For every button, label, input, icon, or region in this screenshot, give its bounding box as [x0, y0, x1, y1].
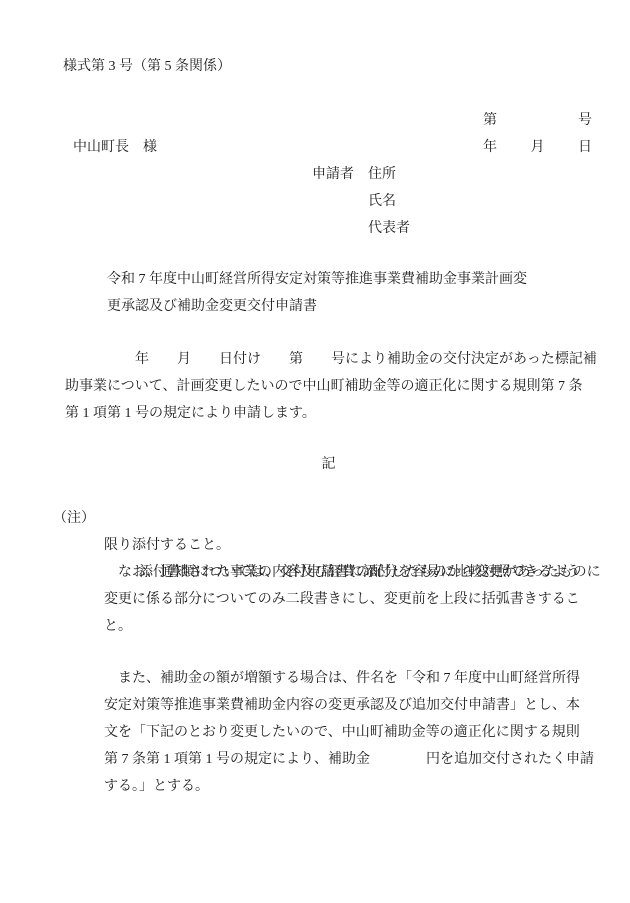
note-marker-label: （注） — [53, 505, 95, 532]
doc-number-prefix: 第 — [483, 107, 497, 134]
header-block: 様式第 3 号（第 5 条関係） 第 号 年 月 日 中山町長 様 申請者 住所… — [0, 53, 630, 242]
note-line-1-text: 添付書類については、交付申請書に添付したものから変更があったものに — [125, 565, 601, 580]
note-line-5: と。 — [0, 613, 630, 640]
record-marker: 記 — [0, 451, 630, 478]
applicant-representative-label: 代表者 — [0, 215, 630, 242]
date-fields: 年 月 日 — [483, 134, 592, 161]
notes-paragraph-1: （注） 添付書類については、交付申請書に添付したものから変更があったものに 限り… — [0, 505, 630, 640]
date-year-label: 年 — [483, 134, 497, 161]
note-line-4: 変更に係る部分についてのみ二段書きにし、変更前を上段に括弧書きするこ — [0, 586, 630, 613]
body-line-2: 助事業について、計画変更したいので中山町補助金等の適正化に関する規則第 7 条 — [0, 373, 630, 400]
title-line-2: 更承認及び補助金変更交付申請書 — [0, 293, 630, 320]
note2-line-5: する。」とする。 — [0, 773, 630, 800]
doc-number-fields: 第 号 — [483, 107, 592, 134]
doc-number-suffix: 号 — [578, 107, 592, 134]
applicant-name-label: 氏名 — [0, 188, 630, 215]
form-number-label: 様式第 3 号（第 5 条関係） — [0, 53, 630, 80]
note-line-1: （注） 添付書類については、交付申請書に添付したものから変更があったものに — [0, 505, 630, 532]
body-line-3: 第 1 項第 1 号の規定により申請します。 — [0, 400, 630, 427]
note2-line-1: また、補助金の額が増額する場合は、件名を「令和 7 年度中山町経営所得 — [0, 665, 630, 692]
title-line-1: 令和 7 年度中山町経営所得安定対策等推進事業費補助金事業計画変 — [0, 266, 630, 293]
body-paragraph: 年 月 日付け 第 号により補助金の交付決定があった標記補 助事業について、計画… — [0, 346, 630, 427]
date-month-label: 月 — [531, 134, 545, 161]
note-line-2: 限り添付すること。 — [0, 532, 630, 559]
body-line-1: 年 月 日付け 第 号により補助金の交付決定があった標記補 — [0, 346, 630, 373]
note2-line-4: 第 7 条第 1 項第 1 号の規定により、補助金 円を追加交付されたく申請 — [0, 746, 630, 773]
applicant-row: 申請者 住所 — [0, 161, 630, 188]
document-title: 令和 7 年度中山町経営所得安定対策等推進事業費補助金事業計画変 更承認及び補助… — [0, 266, 630, 320]
applicant-label: 申請者 — [312, 161, 354, 188]
notes-paragraph-2: また、補助金の額が増額する場合は、件名を「令和 7 年度中山町経営所得 安定対策… — [0, 665, 630, 800]
doc-number-line: 第 号 — [0, 80, 630, 107]
record-marker-block: 記 — [0, 451, 630, 478]
date-day-label: 日 — [578, 134, 592, 161]
applicant-address-label: 住所 — [368, 161, 396, 188]
document-page: 様式第 3 号（第 5 条関係） 第 号 年 月 日 中山町長 様 申請者 住所… — [0, 0, 630, 903]
note2-line-2: 安定対策等推進事業費補助金内容の変更承認及び追加交付申請書」とし、本 — [0, 692, 630, 719]
note2-line-3: 文を「下記のとおり変更したいので、中山町補助金等の適正化に関する規則 — [0, 719, 630, 746]
